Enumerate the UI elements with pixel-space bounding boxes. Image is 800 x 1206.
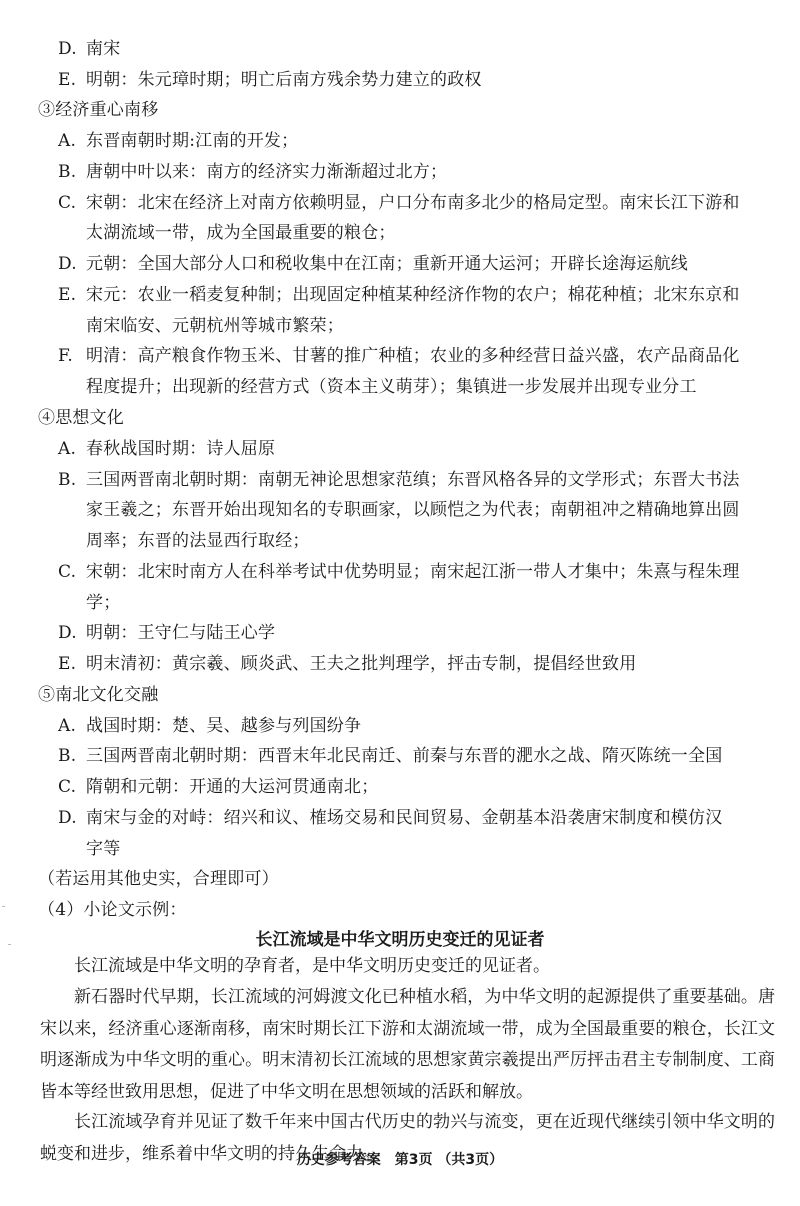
page-footer: 历史参考答案 第3页 （共3页） — [0, 1150, 800, 1170]
item-text: 宋朝：北宋时南方人在科举考试中优势明显；南宋起江浙一带人才集中；朱熹与程朱理 — [86, 561, 740, 583]
item-label: B. — [58, 469, 76, 491]
section-heading: ⑤南北文化交融 — [38, 684, 158, 706]
question-4-label: （4）小论文示例： — [38, 899, 187, 921]
item-label: A. — [58, 130, 76, 152]
scan-artifact — [2, 906, 5, 907]
item-text: 战国时期：楚、吴、越参与列国纷争 — [86, 715, 361, 737]
item-label: D. — [58, 622, 77, 644]
item-text: 南宋与金的对峙：绍兴和议、榷场交易和民间贸易、金朝基本沿袭唐宋制度和模仿汉 — [86, 807, 722, 829]
item-text: 春秋战国时期：诗人屈原 — [86, 438, 275, 460]
item-text: 唐朝中叶以来：南方的经济实力渐渐超过北方； — [86, 161, 447, 183]
item-text: 宋元：农业一稻麦复种制；出现固定种植某种经济作物的农户；棉花种植；北宋东京和 — [86, 284, 740, 306]
item-label: D. — [58, 253, 77, 275]
section-heading: ④思想文化 — [38, 407, 124, 429]
item-label: B. — [58, 745, 76, 767]
item-label: C. — [58, 561, 76, 583]
item-text: 三国两晋南北朝时期：西晋末年北民南迁、前秦与东晋的淝水之战、隋灭陈统一全国 — [86, 745, 722, 767]
item-label: A. — [58, 438, 76, 460]
item-text-continuation: 学； — [86, 592, 120, 614]
item-text: 明朝：朱元璋时期；明亡后南方残余势力建立的政权 — [86, 69, 482, 91]
item-label: D. — [58, 807, 77, 829]
essay-paragraph: 新石器时代早期，长江流域的河姆渡文化已种植水稻，为中华文明的起源提供了重要基础。… — [40, 982, 775, 1108]
item-label: B. — [58, 161, 76, 183]
item-label: E. — [58, 284, 76, 306]
item-text-continuation: 家王羲之；东晋开始出现知名的专职画家，以顾恺之为代表；南朝祖冲之精确地算出圆 — [86, 499, 740, 521]
item-label: C. — [58, 192, 76, 214]
scan-artifact — [8, 944, 11, 945]
item-text-continuation: 南宋临安、元朝杭州等城市繁荣； — [86, 315, 344, 337]
item-text: 明末清初：黄宗羲、顾炎武、王夫之批判理学，抨击专制，提倡经世致用 — [86, 653, 636, 675]
item-text: 宋朝：北宋在经济上对南方依赖明显，户口分布南多北少的格局定型。南宋长江下游和 — [86, 192, 740, 214]
item-label: D. — [58, 38, 77, 60]
item-label: E. — [58, 69, 76, 91]
item-label: A. — [58, 715, 76, 737]
answer-sheet-page: D. 南宋 E. 明朝：朱元璋时期；明亡后南方残余势力建立的政权 ③经济重心南移… — [0, 0, 800, 1206]
item-text-continuation: 程度提升；出现新的经营方式（资本主义萌芽）；集镇进一步发展并出现专业分工 — [86, 376, 697, 398]
item-label: C. — [58, 776, 76, 798]
item-text: 元朝：全国大部分人口和税收集中在江南；重新开通大运河；开辟长途海运航线 — [86, 253, 688, 275]
item-label: F. — [58, 345, 73, 367]
essay-title: 长江流域是中华文明历史变迁的见证者 — [0, 929, 800, 951]
item-text-continuation: 周率；东晋的法显西行取经； — [86, 530, 310, 552]
item-text: 东晋南朝时期:江南的开发； — [86, 130, 298, 152]
item-label: E. — [58, 653, 76, 675]
item-text: 明清：高产粮食作物玉米、甘薯的推广种植；农业的多种经营日益兴盛，农产品商品化 — [86, 345, 740, 367]
item-text-continuation: 字等 — [86, 838, 120, 860]
item-text-continuation: 太湖流域一带，成为全国最重要的粮仓； — [86, 222, 396, 244]
essay-paragraph: 长江流域是中华文明的孕育者，是中华文明历史变迁的见证者。 — [40, 951, 775, 983]
item-text: 隋朝和元朝：开通的大运河贯通南北； — [86, 776, 378, 798]
item-text: 南宋 — [86, 38, 120, 60]
section-heading: ③经济重心南移 — [38, 99, 158, 121]
item-text: 明朝：王守仁与陆王心学 — [86, 622, 275, 644]
item-text: 三国两晋南北朝时期：南朝无神论思想家范缜；东晋风格各异的文学形式；东晋大书法 — [86, 469, 740, 491]
note-text: （若运用其他史实，合理即可） — [38, 868, 279, 890]
